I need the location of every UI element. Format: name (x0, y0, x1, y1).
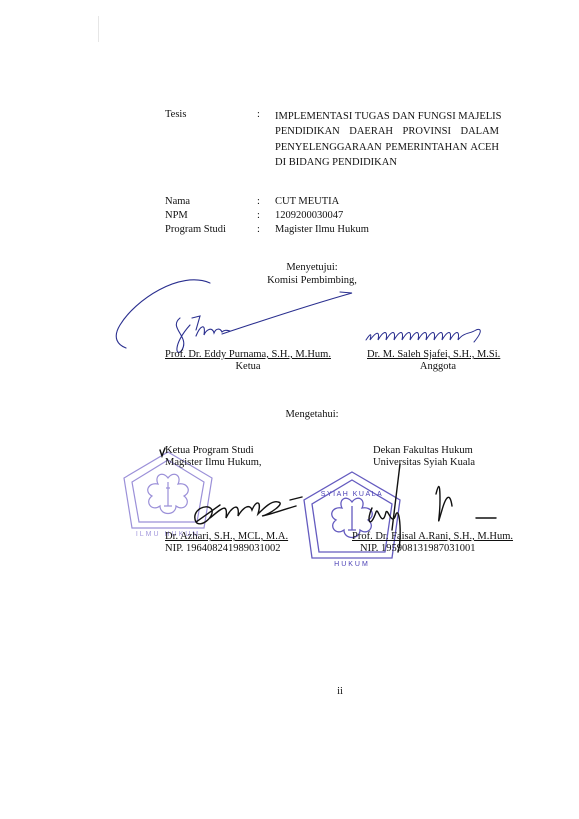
right-nip: NIP. 195908131987031001 (360, 543, 476, 554)
signature-dean (0, 0, 579, 819)
right-name: Prof. Dr. Faisal A.Rani, S.H., M.Hum. (352, 531, 513, 542)
page-number: ii (330, 686, 350, 697)
